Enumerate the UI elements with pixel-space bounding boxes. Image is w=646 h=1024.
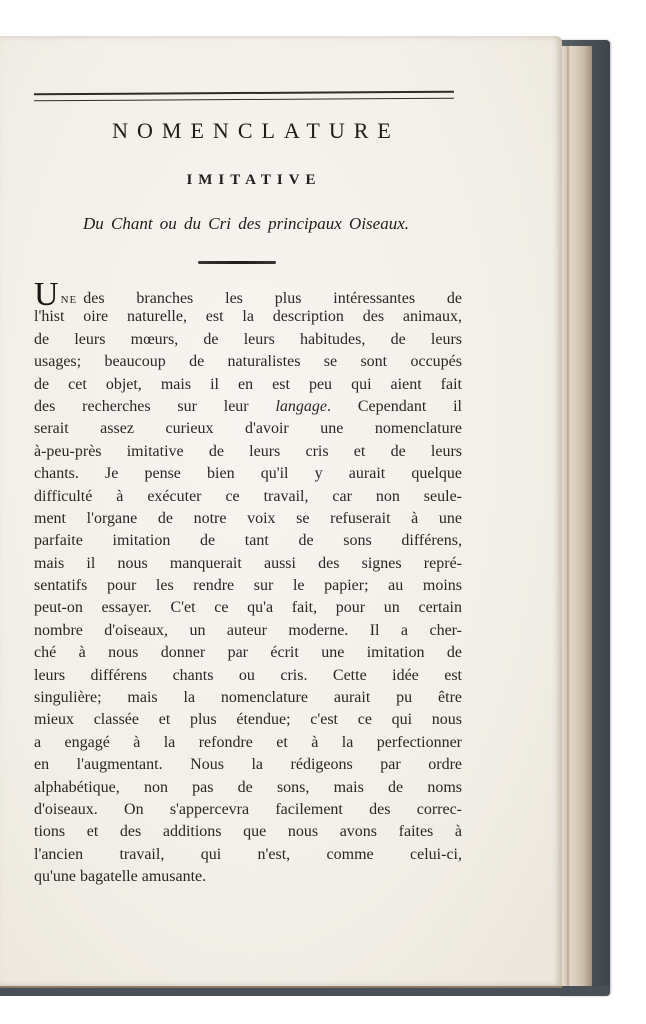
text-line: mais il nous manquerait aussi des signes… bbox=[34, 553, 462, 575]
text-line: UNEdes branches les plus intéressantes d… bbox=[34, 284, 462, 306]
text-line: alphabétique, non pas de sons, mais de n… bbox=[34, 777, 462, 799]
text-line-content: tions et des additions que nous avons fa… bbox=[34, 823, 462, 840]
text-line-content: singulière; mais la nomenclature aurait … bbox=[34, 689, 462, 706]
text-line: des recherches sur leur langage. Cependa… bbox=[34, 396, 462, 418]
page-subtitle: IMITATIVE bbox=[0, 172, 504, 189]
text-line-content: mieux classée et plus étendue; c'est ce … bbox=[34, 711, 462, 728]
italic-word: langage bbox=[275, 398, 327, 415]
text-line: à-peu-près imitative de leurs cris et de… bbox=[34, 441, 462, 463]
text-line: tions et des additions que nous avons fa… bbox=[34, 821, 462, 843]
text-line: qu'une bagatelle amusante. bbox=[34, 866, 462, 888]
text-line-content: de cet objet, mais il en est peu qui aie… bbox=[34, 376, 462, 393]
text-line: ment l'organe de notre voix se refuserai… bbox=[34, 508, 462, 530]
text-line-content: de leurs mœurs, de leurs habitudes, de l… bbox=[34, 331, 462, 348]
text-line: leurs différens chants ou cris. Cette id… bbox=[34, 665, 462, 687]
text-line: de cet objet, mais il en est peu qui aie… bbox=[34, 374, 462, 396]
text-line: parfaite imitation de tant de sons diffé… bbox=[34, 530, 462, 552]
text-line-content: difficulté à exécuter ce travail, car no… bbox=[34, 488, 462, 505]
text-line: difficulté à exécuter ce travail, car no… bbox=[34, 486, 462, 508]
text-line-content: serait assez curieux d'avoir une nomencl… bbox=[34, 420, 462, 437]
text-line: chants. Je pense bien qu'il y aurait que… bbox=[34, 463, 462, 485]
text-line: usages; beaucoup de naturalistes se sont… bbox=[34, 351, 462, 373]
text-line: mieux classée et plus étendue; c'est ce … bbox=[34, 709, 462, 731]
text-line-content: ché à nous donner par écrit une imitatio… bbox=[34, 644, 462, 661]
text-line-content: a engagé à la refondre et à la perfectio… bbox=[34, 734, 462, 751]
text-line: sentatifs pour les rendre sur le papier;… bbox=[34, 575, 462, 597]
text-line: peut-on essayer. C'et ce qu'a fait, pour… bbox=[34, 597, 462, 619]
text-line-content: chants. Je pense bien qu'il y aurait que… bbox=[34, 465, 462, 482]
text-line-content: des branches les plus intéressantes de bbox=[83, 290, 462, 307]
text-line-content: nombre d'oiseaux, un auteur moderne. Il … bbox=[34, 622, 462, 639]
text-line: nombre d'oiseaux, un auteur moderne. Il … bbox=[34, 620, 462, 642]
text-line-content: usages; beaucoup de naturalistes se sont… bbox=[34, 353, 462, 370]
text-line: de leurs mœurs, de leurs habitudes, de l… bbox=[34, 329, 462, 351]
text-line-content: leurs différens chants ou cris. Cette id… bbox=[34, 667, 462, 684]
text-line-content: d'oiseaux. On s'appercevra facilement de… bbox=[34, 801, 462, 818]
text-line-content: peut-on essayer. C'et ce qu'a fait, pour… bbox=[34, 599, 462, 616]
text-line: ché à nous donner par écrit une imitatio… bbox=[34, 642, 462, 664]
text-line: en l'augmentant. Nous la rédigeons par o… bbox=[34, 754, 462, 776]
text-line: singulière; mais la nomenclature aurait … bbox=[34, 687, 462, 709]
text-line-content: . Cependant il bbox=[327, 398, 462, 415]
text-line: l'hist oire naturelle, est la descriptio… bbox=[34, 306, 462, 328]
text-line-content: mais il nous manquerait aussi des signes… bbox=[34, 555, 462, 572]
body-paragraph: UNEdes branches les plus intéressantes d… bbox=[34, 284, 462, 889]
text-line-content: l'hist oire naturelle, est la descriptio… bbox=[34, 308, 462, 325]
text-line-content: qu'une bagatelle amusante. bbox=[34, 868, 206, 885]
text-line-content: alphabétique, non pas de sons, mais de n… bbox=[34, 779, 462, 796]
section-divider-rule bbox=[198, 261, 276, 264]
text-line: d'oiseaux. On s'appercevra facilement de… bbox=[34, 799, 462, 821]
text-line-content: à-peu-près imitative de leurs cris et de… bbox=[34, 443, 462, 460]
text-line: a engagé à la refondre et à la perfectio… bbox=[34, 732, 462, 754]
page-title: NOMENCLATURE bbox=[0, 118, 506, 144]
italic-heading: Du Chant ou du Cri des principaux Oiseau… bbox=[26, 214, 466, 234]
text-line-content: l'ancien travail, qui n'est, comme celui… bbox=[34, 846, 462, 863]
text-line-content: en l'augmentant. Nous la rédigeons par o… bbox=[34, 756, 462, 773]
text-line: serait assez curieux d'avoir une nomencl… bbox=[34, 418, 462, 440]
text-line-content: ment l'organe de notre voix se refuserai… bbox=[34, 510, 462, 527]
text-line-content: des recherches sur leur bbox=[34, 398, 275, 415]
drop-cap-continuation: NE bbox=[61, 294, 78, 306]
text-line-content: sentatifs pour les rendre sur le papier;… bbox=[34, 577, 462, 594]
text-line: l'ancien travail, qui n'est, comme celui… bbox=[34, 844, 462, 866]
text-line-content: parfaite imitation de tant de sons diffé… bbox=[34, 532, 462, 549]
